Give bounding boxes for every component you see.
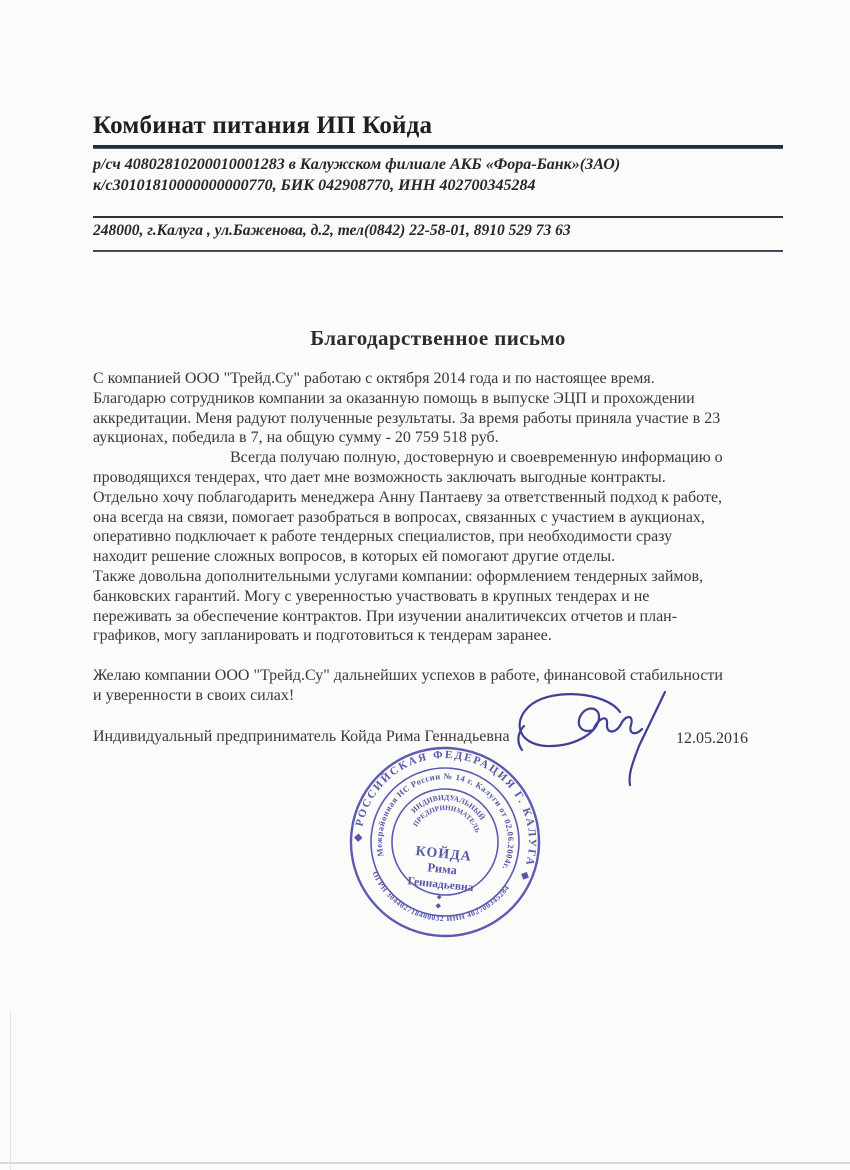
stamp-name-patronymic: Геннадьевна [407,875,474,894]
bank-account-line: р/сч 40802810200010001283 в Калужском фи… [93,154,783,175]
stamp-bottom-mark: ◆ [437,894,443,900]
letter-line: аккредитации. Меня радуют полученные рез… [93,409,793,429]
letter-line: аукционах, победила в 7, на общую сумму … [93,428,793,448]
letter-line: банковских гарантий. Могу с уверенностью… [93,587,793,607]
address-rule-bottom [93,250,783,252]
letter-line: Благодарю сотрудников компании за оказан… [93,389,793,409]
letter-line: Отдельно хочу поблагодарить менеджера Ан… [93,488,793,508]
letterhead: Комбинат питания ИП Койда р/сч 408028102… [93,112,783,196]
letter-line: графиков, могу запланировать и подготови… [93,626,793,646]
stamp-name-first: Рима [427,860,459,877]
letter-line: находит решение сложных вопросов, в кото… [93,547,793,567]
address-line: 248000, г.Калуга , ул.Баженова, д.2, тел… [93,220,783,242]
company-stamp: ◆ РОССИЙСКАЯ ФЕДЕРАЦИЯ Г. КАЛУГА ◆ ОГРН … [335,732,555,952]
letter-line: она всегда на связи, помогает разобратьс… [93,508,793,528]
address-rule-top [93,216,783,218]
letter-line: Также довольна дополнительными услугами … [93,567,793,587]
letter-line: Желаю компании ООО "Трейд.Су" дальнейших… [93,666,793,686]
bank-details: р/сч 40802810200010001283 в Калужском фи… [93,154,783,196]
company-name: Комбинат питания ИП Койда [93,112,783,141]
header-rule [93,145,783,149]
scanned-letter-page: Комбинат питания ИП Койда р/сч 408028102… [0,0,850,1170]
letter-title: Благодарственное письмо [93,326,783,351]
bank-corr-line: к/с30101810000000000770, БИК 042908770, … [93,175,783,196]
letter-line: проводящихся тендерах, что дает мне возм… [93,468,793,488]
letter-line: С компанией ООО "Трейд.Су" работаю с окт… [93,369,793,389]
letter-line: оперативно подключает к работе тендерных… [93,527,793,547]
scan-artifact-left-edge [10,1010,11,1170]
scan-artifact-bottom-edge [0,1162,850,1164]
letter-line: и уверенности в своих силах! [93,686,793,706]
letter-line: переживать за обеспечение контрактов. Пр… [93,607,793,627]
letter-body: С компанией ООО "Трейд.Су" работаю с окт… [93,369,793,706]
letter-date: 12.05.2016 [676,730,748,748]
letter-line: Всегда получаю полную, достоверную и сво… [93,448,793,468]
stamp-ring2-separator: ◆ [435,901,442,910]
